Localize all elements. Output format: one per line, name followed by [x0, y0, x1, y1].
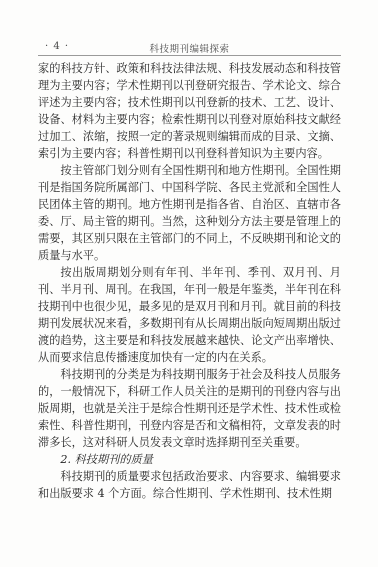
- paragraph: 按主管部门划分则有全国性期刊和地方性期刊。全国性期刊是指国务院所属部门、中国科学…: [38, 162, 341, 264]
- page-header: · 4 · 科技期刊编辑探索: [38, 41, 341, 54]
- running-title: 科技期刊编辑探索: [38, 41, 341, 55]
- paragraph-continuation: 家的科技方针、政策和科技法律法规、科技发展动态和科技管理为主要内容；学术性期刊以…: [38, 60, 341, 162]
- section-heading: 2. 科技期刊的质量: [38, 451, 341, 468]
- paragraph: 科技期刊的分类是为科技期刊服务于社会及科技人员服务的，一般情况下，科研工作人员关…: [38, 366, 341, 451]
- page-number: · 4 ·: [45, 41, 69, 52]
- paragraph: 科技期刊的质量要求包括政治要求、内容要求、编辑要求和出版要求 4 个方面。综合性…: [38, 468, 341, 502]
- header-rule: [38, 55, 341, 56]
- page-body: 家的科技方针、政策和科技法律法规、科技发展动态和科技管理为主要内容；学术性期刊以…: [38, 60, 341, 502]
- book-page: · 4 · 科技期刊编辑探索 家的科技方针、政策和科技法律法规、科技发展动态和科…: [0, 0, 378, 567]
- paragraph: 按出版周期划分则有年刊、半年刊、季刊、双月刊、月刊、半月刊、周刊。在我国，年刊一…: [38, 264, 341, 366]
